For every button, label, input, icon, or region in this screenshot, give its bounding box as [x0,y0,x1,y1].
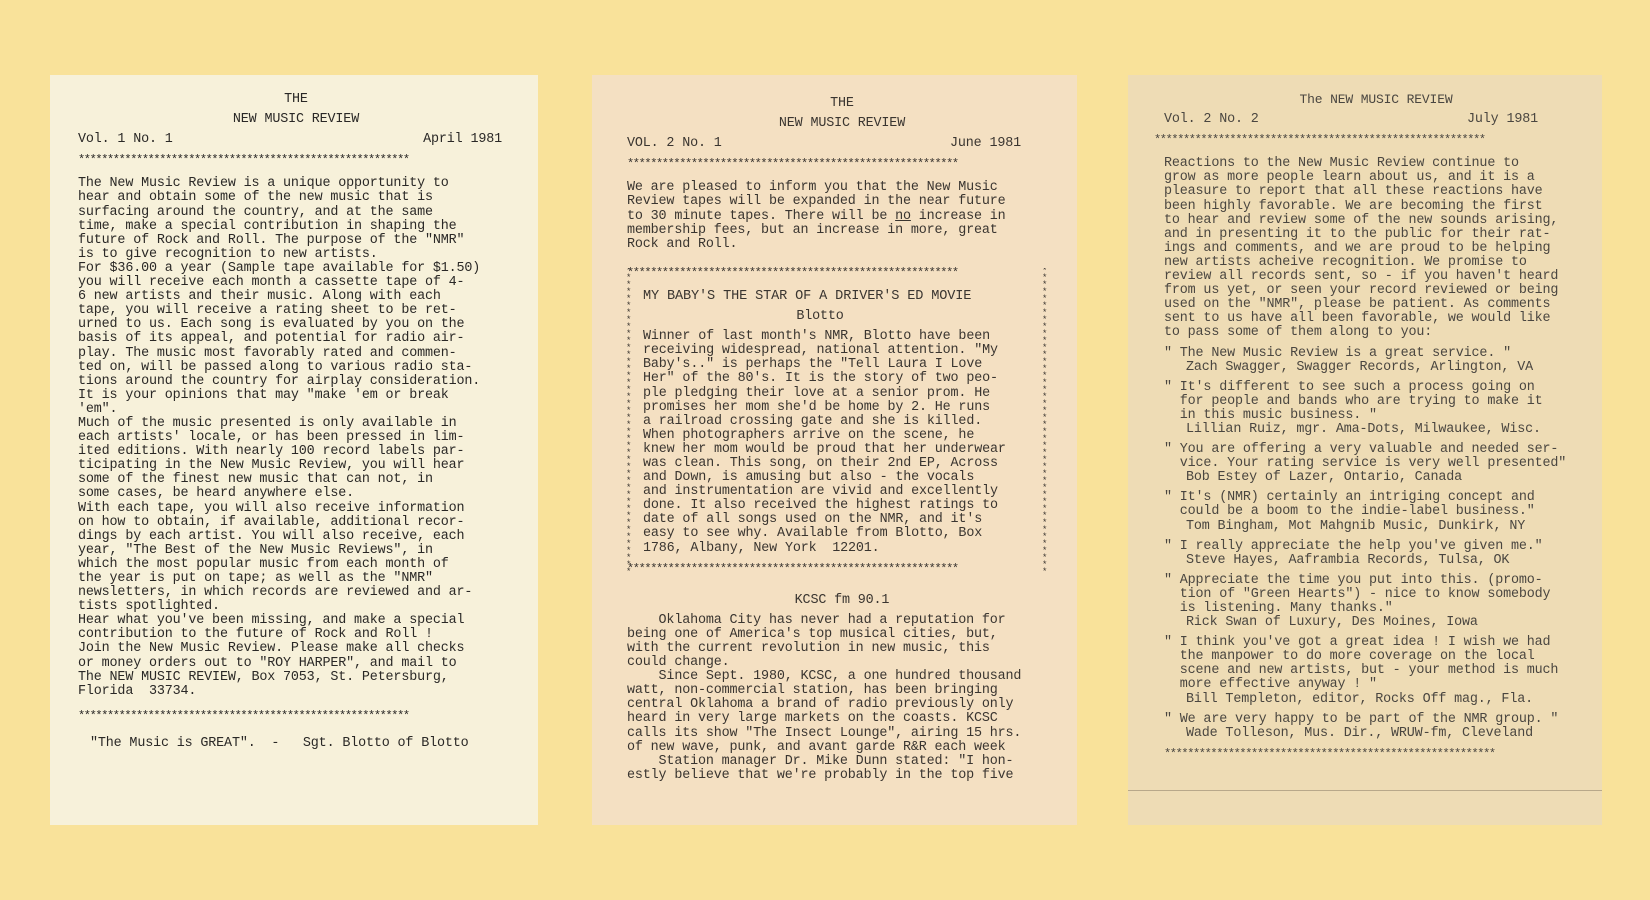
quote-text: " It's (NMR) certainly an intriging conc… [1164,491,1588,519]
featured-artist: Blotto [643,310,1057,324]
footer-quote: "The Music is GREAT". - Sgt. Blotto of B… [78,737,514,751]
reader-quotes: " The New Music Review is a great servic… [1164,347,1588,741]
intro-paragraph: We are pleased to inform you that the Ne… [627,181,1057,251]
asterisk-divider: ****************************************… [1154,133,1588,147]
reader-quote: " The New Music Review is a great servic… [1164,347,1588,375]
masthead-the: THE [78,93,514,107]
box-border-left: ****************************************… [626,268,635,572]
box-border-bottom: ****************************************… [627,562,1057,576]
quote-author: Zach Swagger, Swagger Records, Arlington… [1164,361,1588,375]
issue-line: Vol. 1 No. 1 April 1981 [78,133,514,147]
box-border-right: ****************************************… [1042,268,1051,572]
asterisk-divider: ****************************************… [1164,747,1588,761]
quote-author: Rick Swan of Luxury, Des Moines, Iowa [1164,616,1588,630]
reader-quote: " I think you've got a great idea ! I wi… [1164,636,1588,706]
masthead-the: THE [627,97,1057,111]
issue-date: April 1981 [423,133,514,147]
quote-text: " I think you've got a great idea ! I wi… [1164,636,1588,692]
article-body: The New Music Review is a unique opportu… [78,177,514,698]
intro-emphasis: no [895,209,911,224]
newsletter-page-june-1981: THE NEW MUSIC REVIEW VOL. 2 No. 1 June 1… [592,75,1077,825]
masthead-title: The NEW MUSIC REVIEW [1164,93,1588,107]
featured-review: Winner of last month's NMR, Blotto have … [643,330,1057,556]
newsletter-page-july-1981: The NEW MUSIC REVIEW Vol. 2 No. 2 July 1… [1128,75,1602,825]
asterisk-divider: ****************************************… [627,157,1057,171]
reader-quote: " I really appreciate the help you've gi… [1164,540,1588,568]
issue-volume: VOL. 2 No. 1 [627,137,722,151]
box-border-top: ****************************************… [627,266,1057,280]
quote-text: " You are offering a very valuable and n… [1164,443,1588,471]
issue-date: July 1981 [1467,113,1588,127]
asterisk-divider: ****************************************… [78,709,514,723]
featured-song-box: ****************************************… [627,258,1057,584]
quote-text: " We are very happy to be part of the NM… [1164,713,1588,727]
masthead-title: NEW MUSIC REVIEW [627,117,1057,131]
featured-song-title: MY BABY'S THE STAR OF A DRIVER'S ED MOVI… [643,290,1057,304]
issue-volume: Vol. 1 No. 1 [78,133,173,147]
reader-quote: " You are offering a very valuable and n… [1164,443,1588,485]
quote-author: Bob Estey of Lazer, Ontario, Canada [1164,471,1588,485]
quote-author: Tom Bingham, Mot Mahgnib Music, Dunkirk,… [1164,520,1588,534]
masthead-title: NEW MUSIC REVIEW [78,113,514,127]
quote-author: Wade Tolleson, Mus. Dir., WRUW-fm, Cleve… [1164,727,1588,741]
station-heading: KCSC fm 90.1 [627,594,1057,608]
quote-text: " The New Music Review is a great servic… [1164,347,1588,361]
quote-text: " It's different to see such a process g… [1164,381,1588,423]
reader-quote: " Appreciate the time you put into this.… [1164,574,1588,630]
reader-quote: " We are very happy to be part of the NM… [1164,713,1588,741]
intro-paragraph: Reactions to the New Music Review contin… [1164,157,1588,340]
quote-text: " Appreciate the time you put into this.… [1164,574,1588,616]
station-article: Oklahoma City has never had a reputation… [627,614,1057,783]
issue-volume: Vol. 2 No. 2 [1164,113,1259,127]
issue-line: Vol. 2 No. 2 July 1981 [1164,113,1588,127]
quote-text: " I really appreciate the help you've gi… [1164,540,1588,554]
asterisk-divider: ****************************************… [78,153,514,167]
reader-quote: " It's different to see such a process g… [1164,381,1588,437]
quote-author: Steve Hayes, Aaframbia Records, Tulsa, O… [1164,554,1588,568]
quote-author: Lillian Ruiz, mgr. Ama-Dots, Milwaukee, … [1164,423,1588,437]
reader-quote: " It's (NMR) certainly an intriging conc… [1164,491,1588,533]
issue-line: VOL. 2 No. 1 June 1981 [627,137,1057,151]
newsletter-page-april-1981: THE NEW MUSIC REVIEW Vol. 1 No. 1 April … [50,75,538,825]
quote-author: Bill Templeton, editor, Rocks Off mag., … [1164,693,1588,707]
issue-date: June 1981 [950,137,1057,151]
